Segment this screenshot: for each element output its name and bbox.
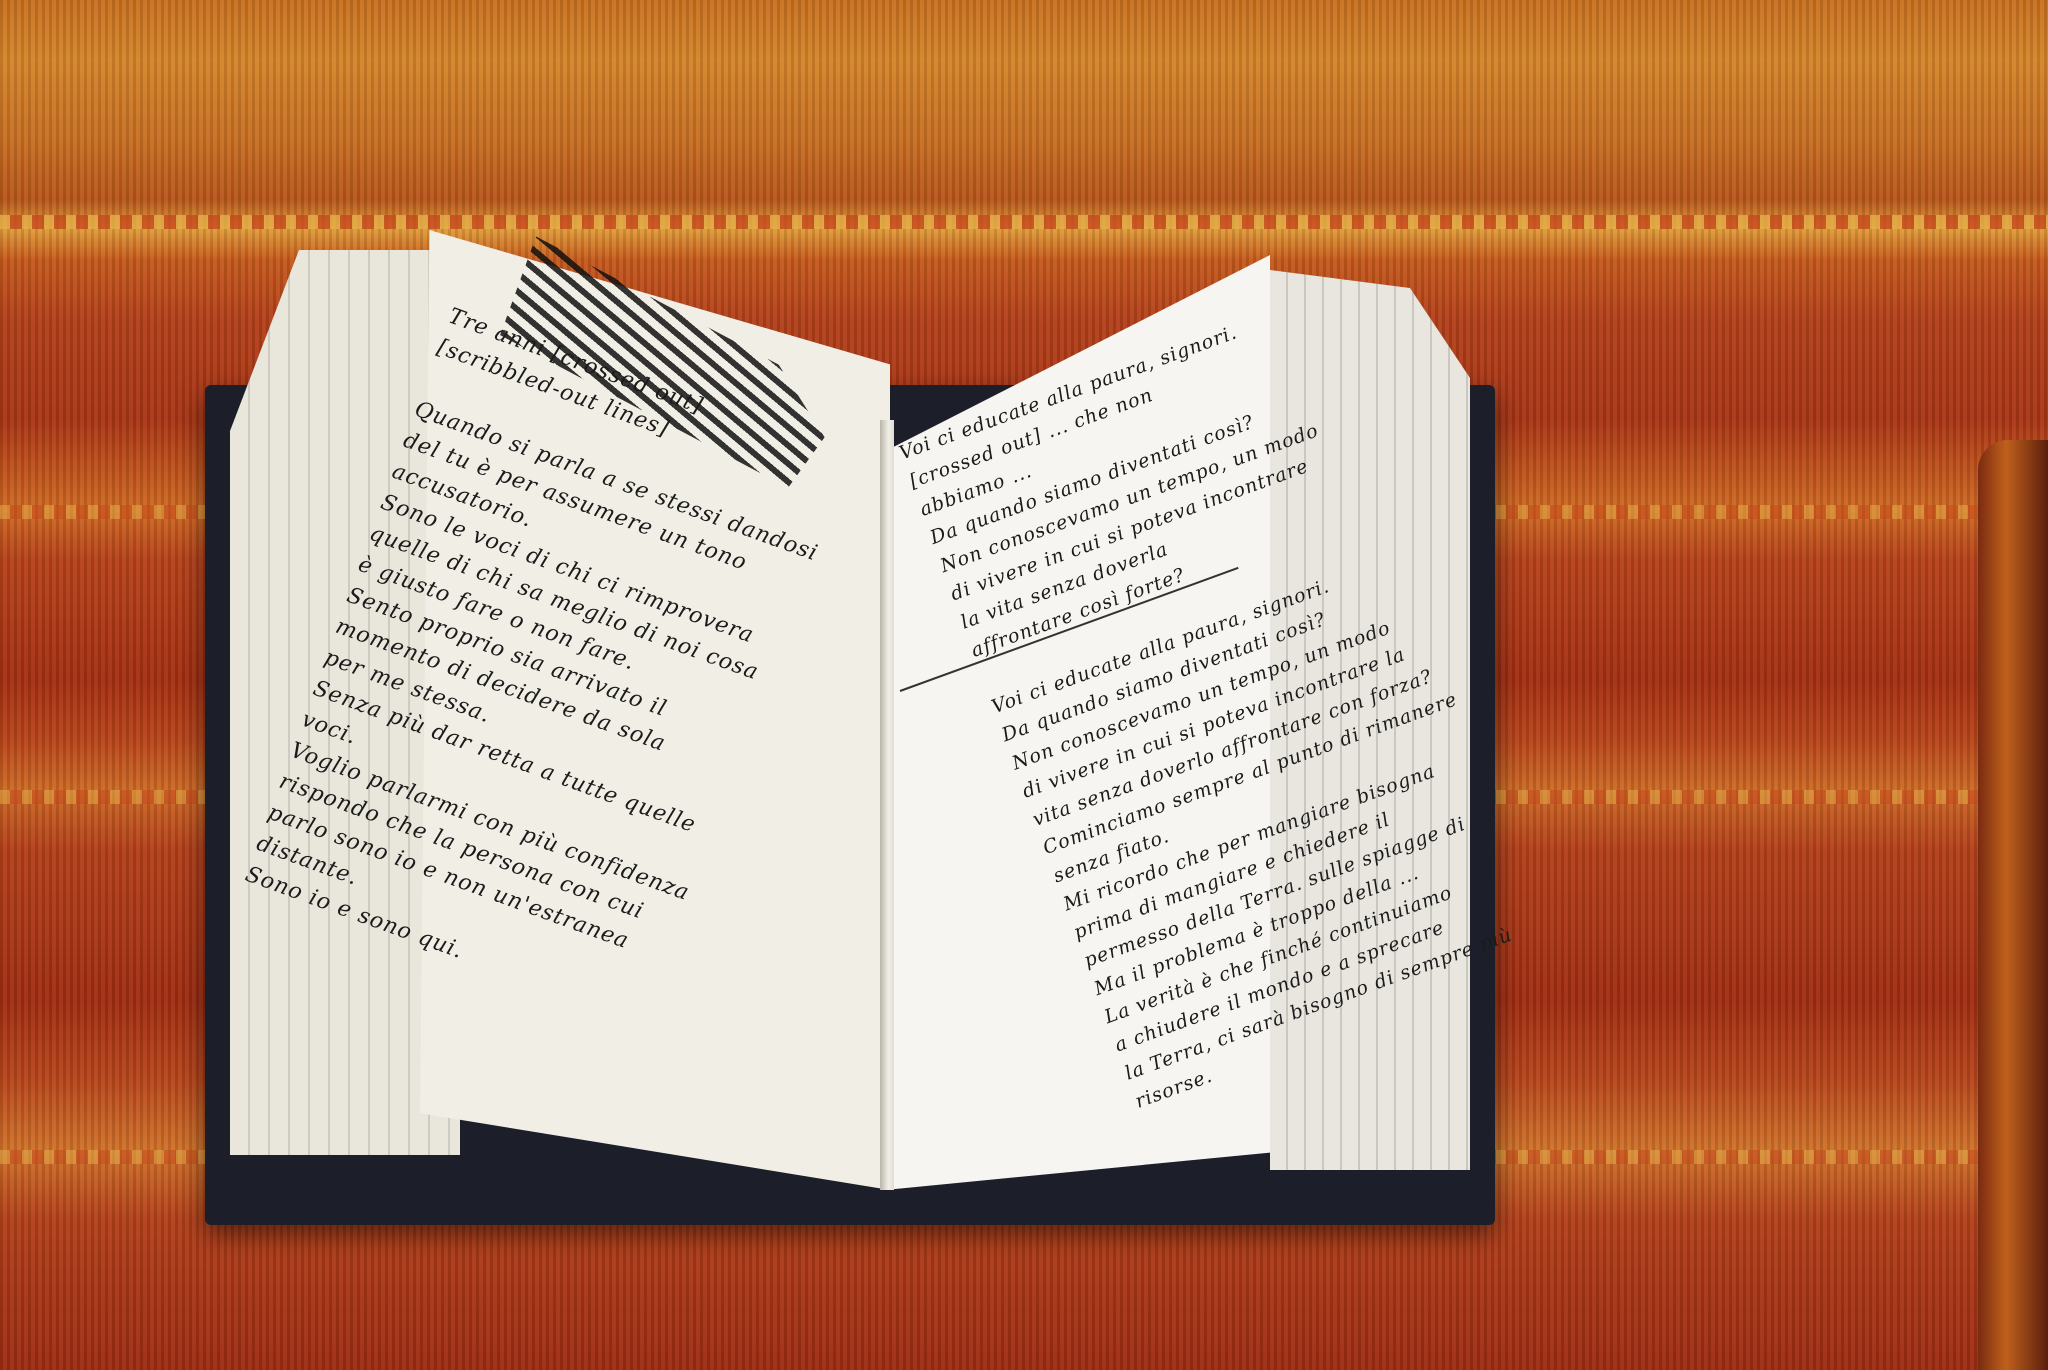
fabric-yellow-stripe: [0, 215, 2048, 229]
sofa-armrest: [1978, 440, 2048, 1370]
